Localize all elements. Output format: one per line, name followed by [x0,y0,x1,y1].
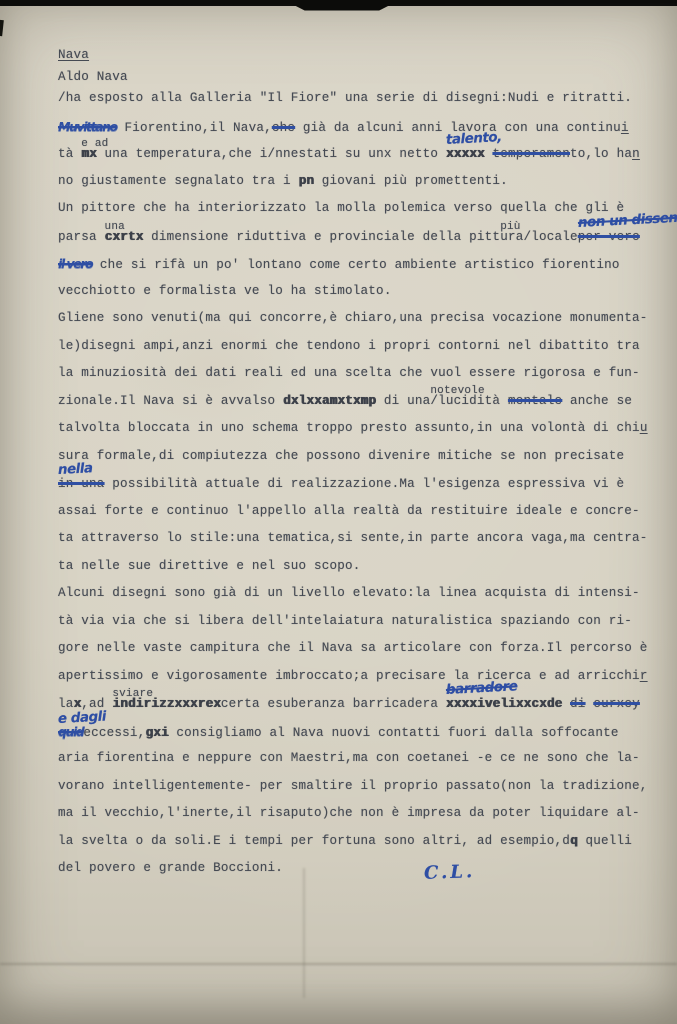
pen-strikethrough-text: in una [58,477,105,491]
typed-text: Gliene sono venuti(ma qui concorre,è chi… [58,311,648,325]
typed-text: le)disegni ampi,anzi enormi che tendono … [58,339,640,353]
typed-text: to,lo ha [570,147,632,161]
typed-text: la svelta o da soli.E i tempi per fortun… [58,834,570,848]
typed-underlined-text: n [632,147,640,161]
text-line: parsa unacxrtx dimensione riduttiva e pr… [58,223,624,251]
text-line: Un pittore che ha interiorizzato la moll… [58,195,624,223]
typed-text: del povero e grande Boccioni. [58,861,283,875]
text-line: tà e admx una temperatura,che i/nnestati… [58,140,624,168]
pen-strikethrough-text: mentale [508,394,562,408]
typed-text: zionale.Il Nava si è avvalso [58,394,283,408]
text-line: sura formale,di compiutezza che possono … [58,443,624,471]
pen-strikethrough-text: di [570,697,586,711]
typed-text: la minuziosità dei dati reali ed una sce… [58,366,640,380]
text-line: aria fiorentina e neppure con Maestri,ma… [58,745,624,773]
typed-text: consigliamo al Nava nuovi contatti fuori… [169,726,619,740]
text-line: gore nelle vaste campitura che il Nava s… [58,635,624,663]
pen-strikethrough-text: temperamen [492,147,570,161]
photographed-document: Nava Aldo Nava /ha esposto alla Galleria… [0,0,677,1024]
author-insert-line: Aldo Nava [58,71,624,84]
text-line: vecchiotto e formalista ve lo ha stimola… [58,278,624,306]
typed-text: Un pittore che ha interiorizzato la moll… [58,201,624,215]
typed-text: parsa [58,230,105,244]
typed-text: eccessi, [83,726,145,740]
text-line: talvolta bloccata in uno schema troppo p… [58,415,624,443]
typed-text: certa esuberanza barricadera [221,697,446,711]
typed-text [562,697,570,711]
typed-text: di una [376,394,430,408]
text-line: zionale.Il Nava si è avvalso dxlxxamxtxm… [58,388,624,416]
typed-overstrike-strikeout: xxxxx [446,147,485,161]
pen-scribble: Muvittano [58,119,117,134]
typed-text: ta attraverso lo stile:una tematica,si s… [58,531,648,545]
paper-sheet: Nava Aldo Nava /ha esposto alla Galleria… [0,6,677,1024]
typed-text: Alcuni disegni sono già di un livello el… [58,586,640,600]
horizontal-fold-crease [0,963,677,965]
text-line: Muvittano Fiorentino,il Nava,che già da … [58,113,624,141]
handwritten-signature: C.L. [424,861,476,884]
text-line: vorano intelligentemente- per smaltire i… [58,773,624,801]
text-line: il vero che si rifà un po' lontano come … [58,250,624,278]
typed-text: tà [58,147,81,161]
text-line: la minuziosità dei dati reali ed una sce… [58,360,624,388]
text-line: le)disegni ampi,anzi enormi che tendono … [58,333,624,361]
pen-scribble: il vero [58,256,92,271]
typed-overstrike-strikeout: gxi [145,726,168,740]
typed-underlined-text: i [621,121,629,135]
text-line: ta nelle sue direttive e nel suo scopo. [58,553,624,581]
pen-strikethrough-text: ourxey [593,697,640,711]
typed-text: gore nelle vaste campitura che il Nava s… [58,641,648,655]
typed-text: ta nelle sue direttive e nel suo scopo. [58,559,361,573]
typed-text: Fiorentino,il Nava, [117,121,272,135]
text-line: ta attraverso lo stile:una tematica,si s… [58,525,624,553]
text-line: nellain una possibilità attuale di reali… [58,470,624,498]
typed-text: apertissimo e vigorosamente imbroccato;a… [58,669,640,683]
typed-text: dimensione riduttiva e provinciale della… [143,230,500,244]
typed-text: tà via via che si libera dell'intelaiatu… [58,614,632,628]
typed-text: no giustamente segnalato tra i [58,174,298,188]
typed-overstrike-strikeout: q [570,834,578,848]
pen-strikethrough-text: per vero [578,230,640,244]
text-line: del povero e grande Boccioni. [58,855,624,883]
typed-text: aria fiorentina e neppure con Maestri,ma… [58,751,640,765]
typed-text: giovani più promettenti. [314,174,508,188]
typewritten-text-block: Nava Aldo Nava /ha esposto alla Galleria… [58,48,624,883]
typed-underlined-text: r [640,669,648,683]
typed-underlined-text: u [640,421,648,435]
typed-text: assai forte e continuo l'appello alla re… [58,504,640,518]
text-line: ma il vecchio,l'inerte,il risaputo)che n… [58,800,624,828]
typed-text: talvolta bloccata in uno schema troppo p… [58,421,640,435]
typed-overstrike-strikeout: dxlxxamxtxmp [283,394,376,408]
text-line: e dagliquideccessi,gxi consigliamo al Na… [58,718,624,746]
text-line: no giustamente segnalato tra i pn giovan… [58,168,624,196]
pen-scribble: quid [58,724,83,739]
typed-text: la [58,697,74,711]
typed-text: ma il vecchio,l'inerte,il risaputo)che n… [58,806,640,820]
text-line: Gliene sono venuti(ma qui concorre,è chi… [58,305,624,333]
typed-text: vecchiotto e formalista ve lo ha stimola… [58,284,392,298]
text-line: apertissimo e vigorosamente imbroccato;a… [58,663,624,691]
page-title: Nava [58,48,89,62]
vertical-fold-crease [303,868,305,998]
typed-text: sura formale,di compiutezza che possono … [58,449,624,463]
body-text-lines: /ha esposto alla Galleria "Il Fiore" una… [58,85,624,883]
text-line: tà via via che si libera dell'intelaiatu… [58,608,624,636]
typed-text: anche se [562,394,632,408]
typed-text: una temperatura,che i/nnestati su unx ne… [97,147,446,161]
text-line: Alcuni disegni sono già di un livello el… [58,580,624,608]
text-line: assai forte e continuo l'appello alla re… [58,498,624,526]
typed-text: possibilità attuale di realizzazione.Ma … [105,477,625,491]
typed-text: /ha esposto alla Galleria "Il Fiore" una… [58,91,632,105]
text-line: lax,ad sviareindirizzxxxrexcerta esubera… [58,690,624,718]
text-line: /ha esposto alla Galleria "Il Fiore" una… [58,85,624,113]
pen-strikethrough-text: che [272,121,295,135]
typed-overstrike-strikeout: pn [298,174,314,188]
typed-overstrike-strikeout: xxxxivelixxcxde [446,697,562,711]
typed-text: che si rifà un po' lontano come certo am… [92,258,620,272]
text-line: la svelta o da soli.E i tempi per fortun… [58,828,624,856]
typed-text: quelli [578,834,632,848]
typed-text: vorano intelligentemente- per smaltire i… [58,779,648,793]
